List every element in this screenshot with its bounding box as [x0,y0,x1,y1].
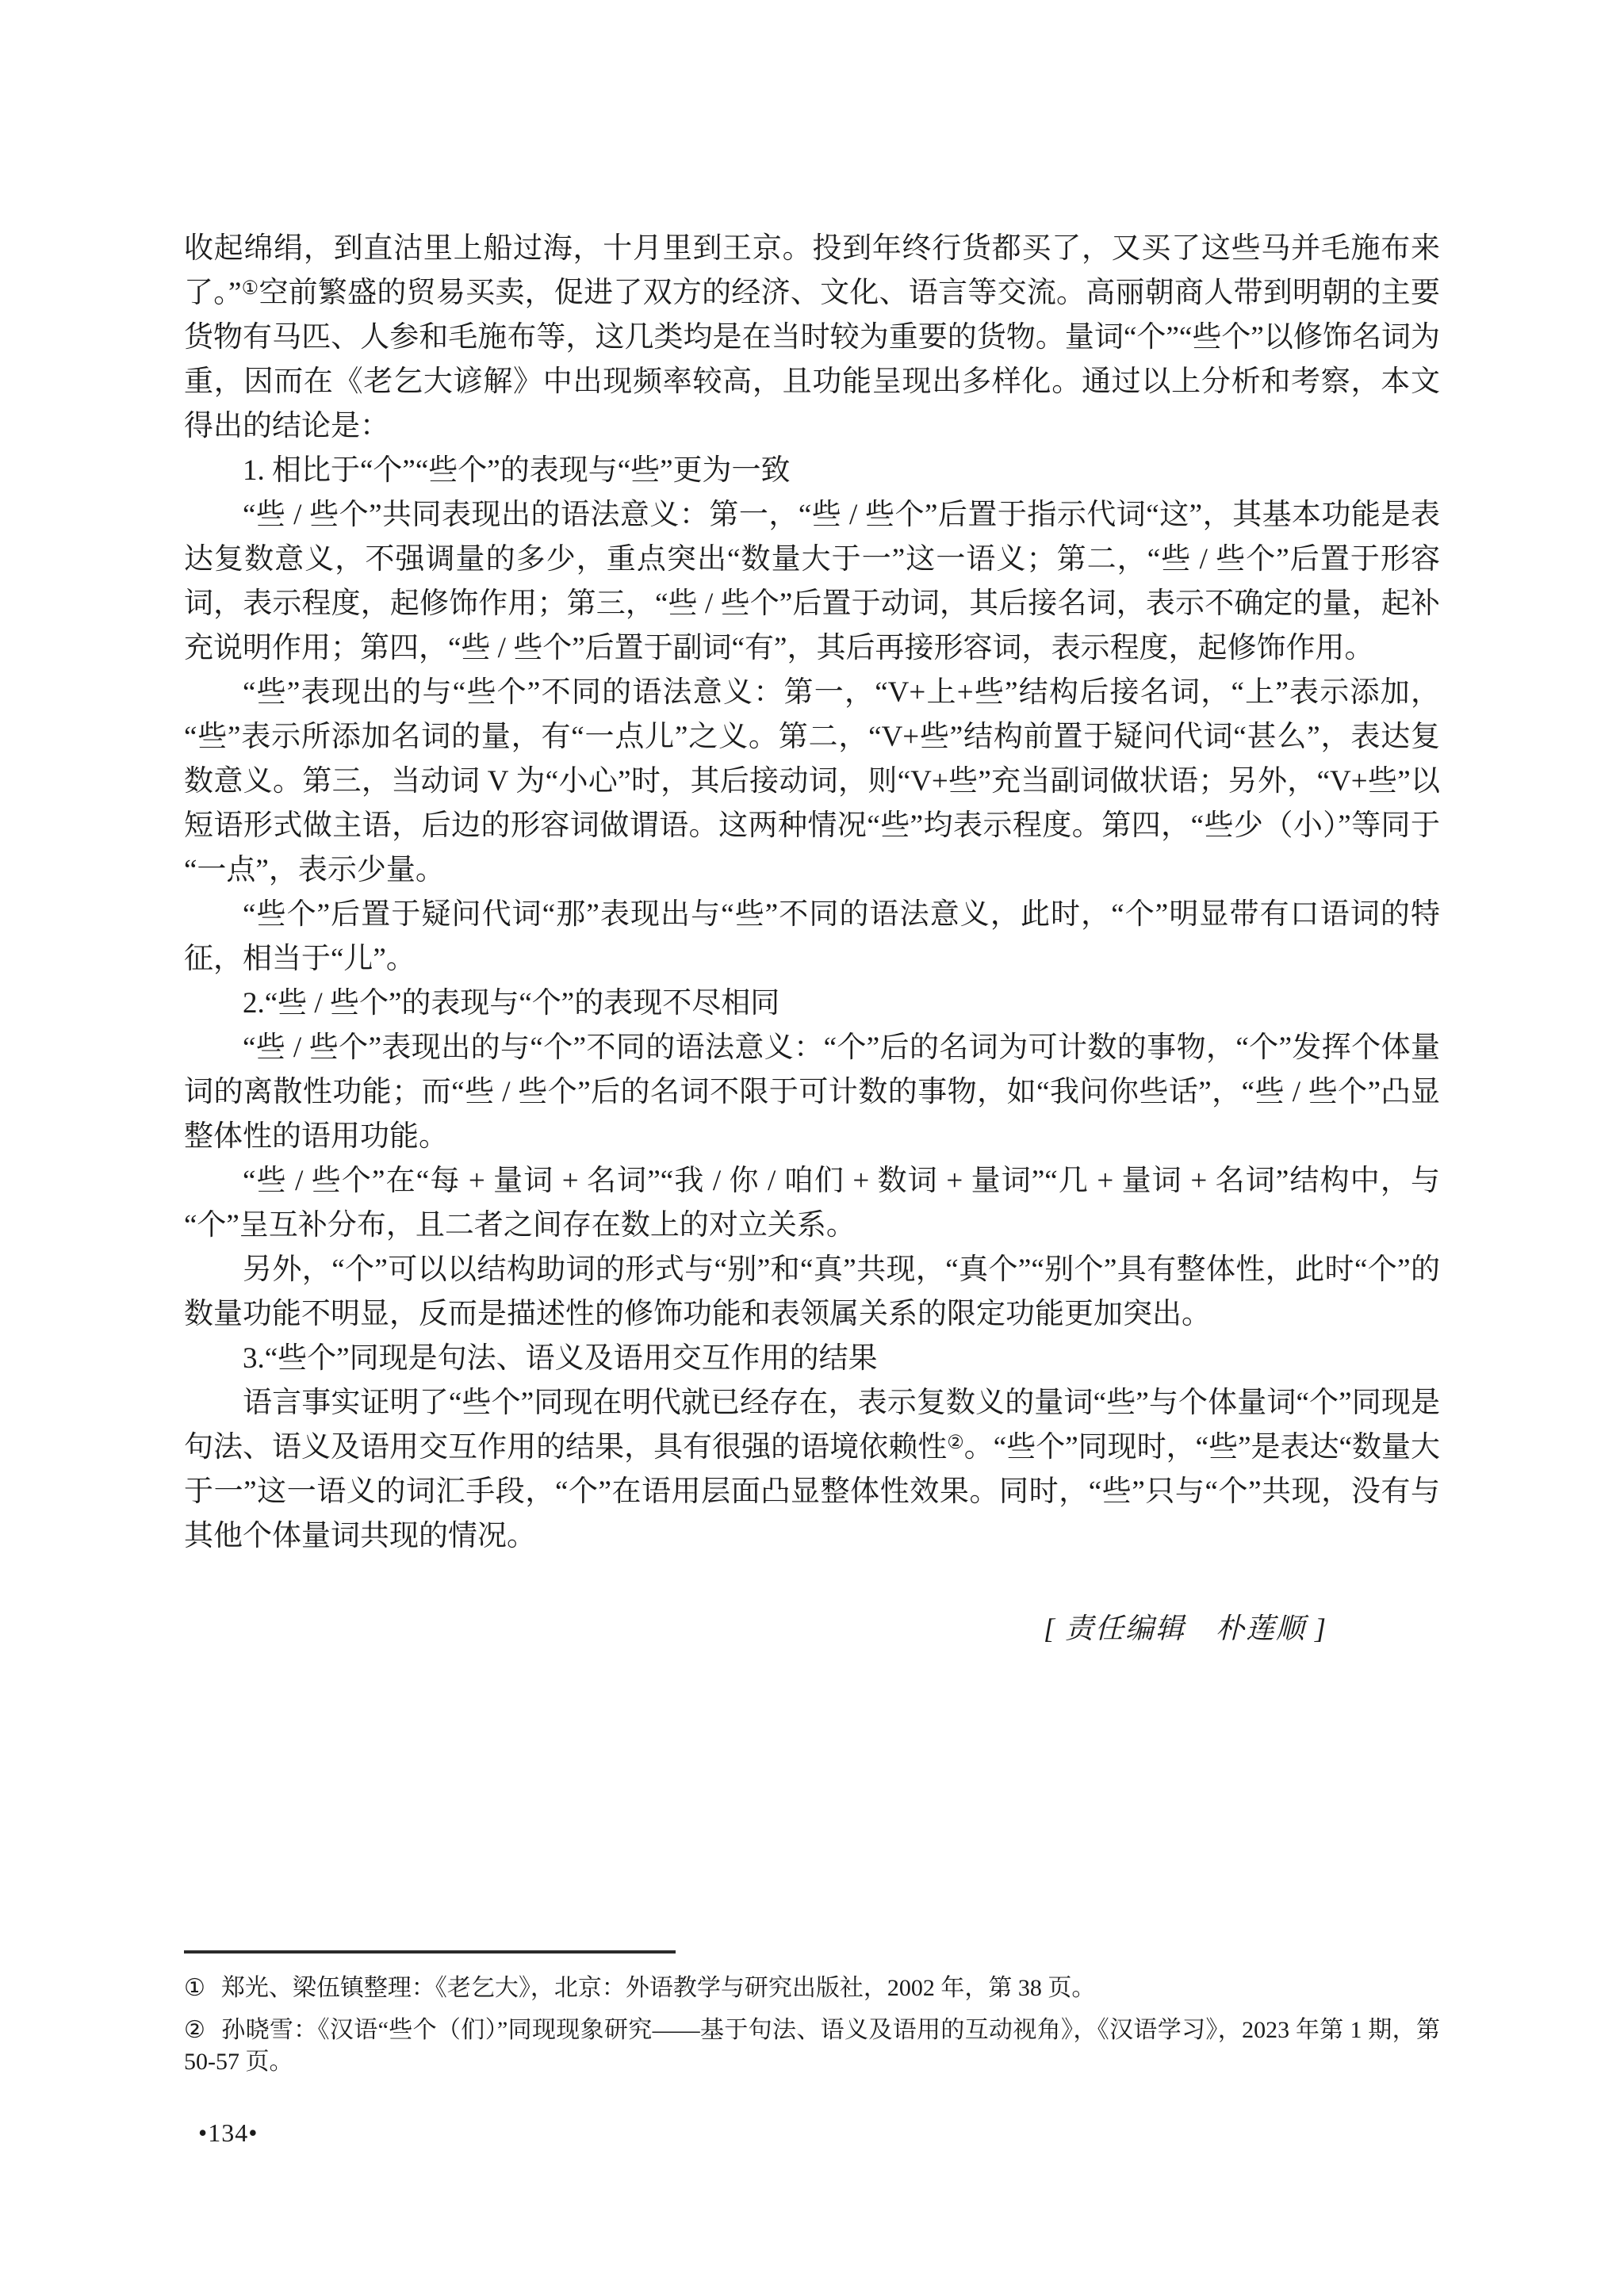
paragraph-xie-differences: “些”表现出的与“些个”不同的语法意义：第一，“V+上+些”结构后接名词，“上”… [184,671,1440,893]
section-heading-2: 2.“些 / 些个”的表现与“个”的表现不尽相同 [184,982,1440,1026]
footnote-divider [184,1950,676,1954]
footnote-ref-2: ② [947,1433,964,1453]
paragraph-xiege-na: “些个”后置于疑问代词“那”表现出与“些”不同的语法意义，此时，“个”明显带有口… [184,893,1440,982]
paragraph-conclusion-intro: 收起绵绢，到直沽里上船过海，十月里到王京。投到年终行货都买了，又买了这些马并毛施… [184,227,1440,449]
paragraph-text: 空前繁盛的贸易买卖，促进了双方的经济、文化、语言等交流。高丽朝商人带到明朝的主要… [184,277,1440,442]
footnote-text: 孙晓雪：《汉语“些个（们）”同现现象研究——基于句法、语义及语用的互动视角》，《… [184,2017,1440,2075]
paragraph-cooccurrence-result: 语言事实证明了“些个”同现在明代就已经存在，表示复数义的量词“些”与个体量词“个… [184,1381,1440,1559]
section-heading-1: 1. 相比于“个”“些个”的表现与“些”更为一致 [184,449,1440,493]
editor-credit: [ 责任编辑 朴莲顺 ] [184,1606,1327,1651]
footnote-marker-1: ① [184,1975,205,2001]
page-number: •134• [198,2118,258,2148]
document-page: 收起绵绢，到直沽里上船过海，十月里到王京。投到年终行货都买了，又买了这些马并毛施… [0,0,1624,2296]
footnotes-section: ①郑光、梁伍镇整理：《老乞大》，北京：外语教学与研究出版社，2002 年，第 3… [184,1950,1440,2088]
paragraph-grammar-common: “些 / 些个”共同表现出的语法意义：第一，“些 / 些个”后置于指示代词“这”… [184,493,1440,671]
article-body: 收起绵绢，到直沽里上船过海，十月里到王京。投到年终行货都买了，又买了这些马并毛施… [184,227,1440,1651]
footnote-ref-1: ① [241,278,259,299]
footnote-marker-2: ② [184,2017,205,2043]
footnote-2: ②孙晓雪：《汉语“些个（们）”同现现象研究——基于句法、语义及语用的互动视角》，… [184,2015,1440,2078]
footnote-1: ①郑光、梁伍镇整理：《老乞大》，北京：外语教学与研究出版社，2002 年，第 3… [184,1973,1440,2004]
footnote-text: 郑光、梁伍镇整理：《老乞大》，北京：外语教学与研究出版社，2002 年，第 38… [221,1975,1096,2001]
paragraph-complementary-distribution: “些 / 些个”在“每 + 量词 + 名词”“我 / 你 / 咱们 + 数词 +… [184,1159,1440,1248]
paragraph-ge-differences: “些 / 些个”表现出的与“个”不同的语法意义：“个”后的名词为可计数的事物，“… [184,1026,1440,1159]
section-heading-3: 3.“些个”同现是句法、语义及语用交互作用的结果 [184,1337,1440,1381]
paragraph-structural-particle: 另外，“个”可以以结构助词的形式与“别”和“真”共现，“真个”“别个”具有整体性… [184,1248,1440,1337]
